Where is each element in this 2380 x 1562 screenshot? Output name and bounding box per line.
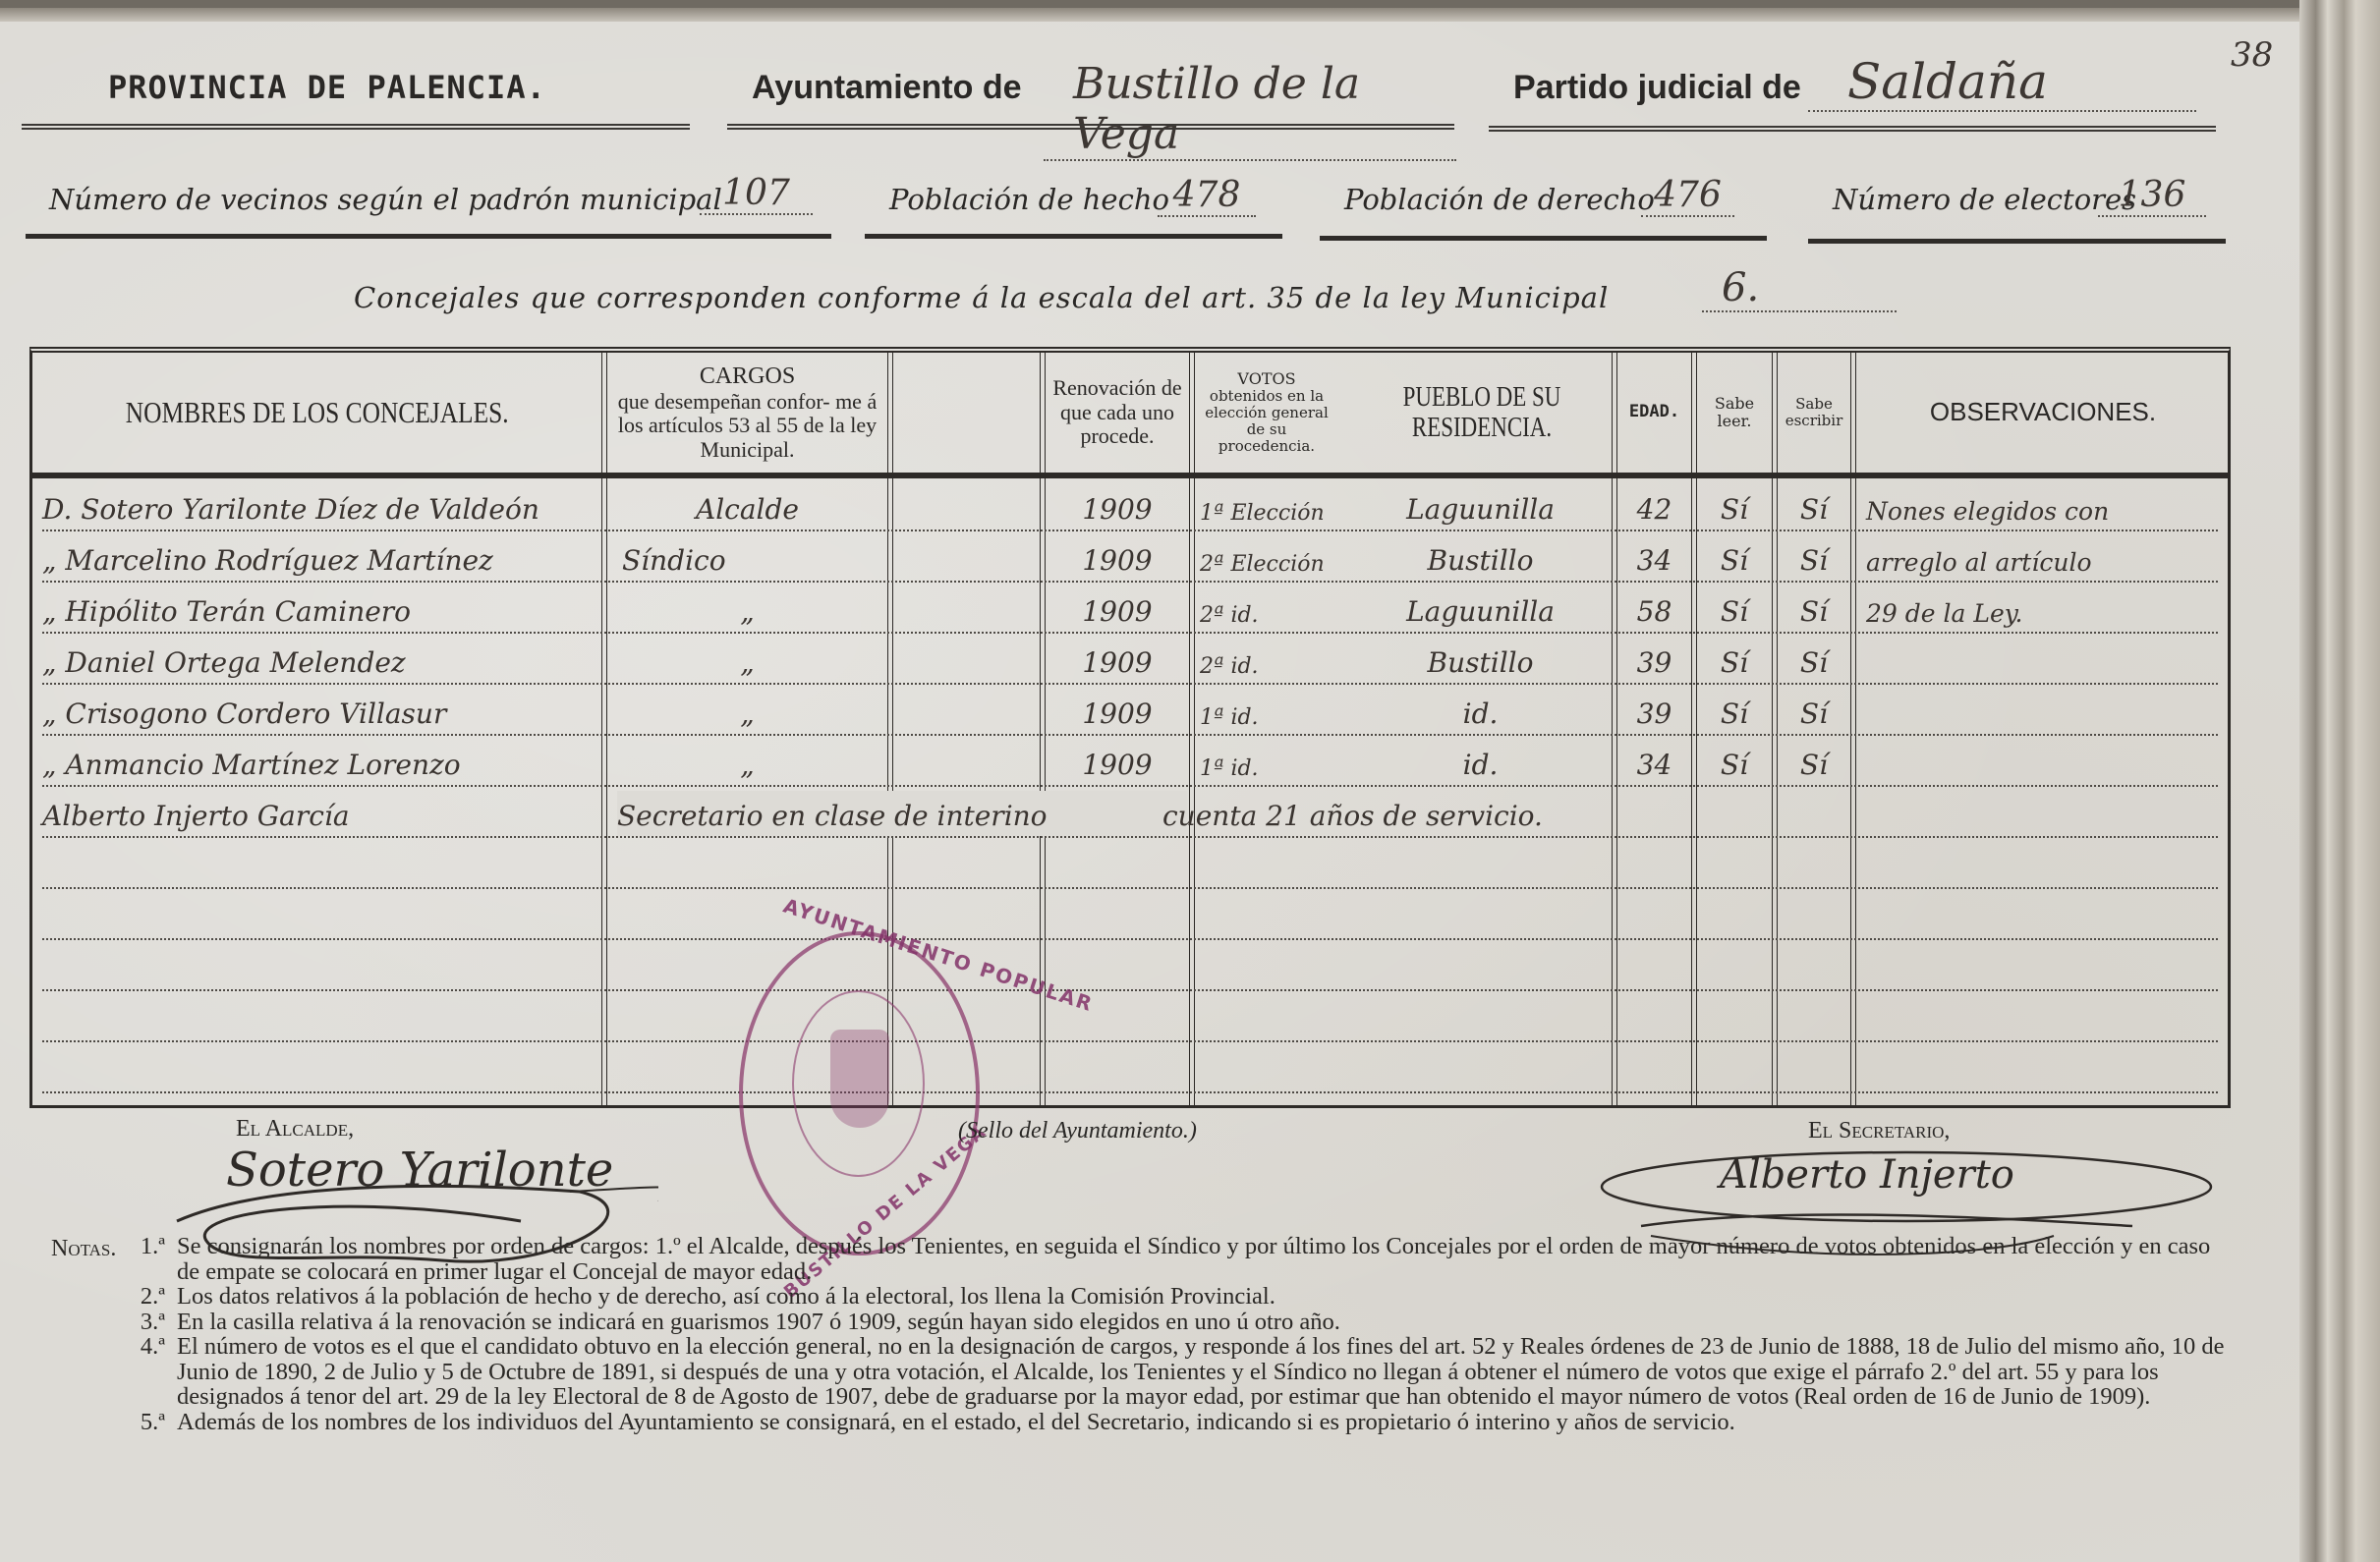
note-number: 1.ª	[98, 1234, 177, 1284]
leer-text: Sabe leer.	[1711, 395, 1758, 430]
electores-value: 136	[2098, 175, 2206, 217]
note-text: El número de votos es el que el candidat…	[177, 1334, 2231, 1410]
provincia-title: PROVINCIA DE PALENCIA.	[108, 69, 546, 106]
col-header-pueblo: PUEBLO DE SU RESIDENCIA.	[1195, 353, 1612, 473]
cargos-title: CARGOS	[700, 363, 795, 390]
cell-renovacion: 1909	[1046, 689, 1189, 734]
note-text: Se consignarán los nombres por orden de …	[177, 1234, 2231, 1284]
cell-leer: Sí	[1697, 689, 1772, 734]
alcalde-label: El Alcalde,	[236, 1116, 354, 1143]
cell-votos: 1ª id.	[1200, 689, 1343, 734]
cell-votos: 2ª Elección	[1200, 535, 1343, 581]
vecinos-label: Número de vecinos según el padrón munici…	[49, 183, 722, 216]
book-page-edge	[2299, 0, 2380, 1562]
stats-divider	[1320, 236, 1767, 241]
cell-observaciones	[1866, 740, 2225, 785]
cell-renovacion: 1909	[1046, 586, 1189, 632]
note-text: En la casilla relativa á la renovación s…	[177, 1310, 2231, 1335]
observaciones-text: OBSERVACIONES.	[1930, 398, 2156, 426]
cell-observaciones	[1866, 689, 2225, 734]
escribir-text: Sabe escribir	[1784, 396, 1844, 429]
col-header-leer: Sabe leer.	[1697, 353, 1772, 473]
cell-edad: 39	[1617, 689, 1691, 734]
cell-nombre: „ Anmancio Martínez Lorenzo	[42, 740, 597, 785]
header-divider	[22, 124, 690, 130]
row-rule	[42, 581, 2218, 583]
note-item: 4.ª El número de votos es el que el cand…	[98, 1334, 2231, 1410]
col-header-escribir: Sabe escribir	[1778, 353, 1850, 473]
cell-votos: 1ª Elección	[1200, 484, 1343, 530]
cell-pueblo: id.	[1349, 740, 1612, 785]
cell-nombre: „ Marcelino Rodríguez Martínez	[42, 535, 597, 581]
col-header-nombres-text: NOMBRES DE LOS CONCEJALES.	[126, 396, 509, 430]
row-rule	[42, 989, 2218, 991]
cell-cargo: „	[607, 740, 887, 785]
cell-votos: 2ª id.	[1200, 638, 1343, 683]
cell-cargo: „	[607, 638, 887, 683]
cell-pueblo: cuenta 21 años de servicio.	[1162, 791, 1605, 836]
concejales-value: 6.	[1702, 265, 1897, 312]
poblacion-hecho-value: 478	[1158, 175, 1256, 217]
cell-leer: Sí	[1697, 586, 1772, 632]
cell-escribir: Sí	[1778, 740, 1850, 785]
cell-pueblo: Laguunilla	[1349, 484, 1612, 530]
cell-edad: 58	[1617, 586, 1691, 632]
cell-renovacion: 1909	[1046, 740, 1189, 785]
pueblo-text: PUEBLO DE SU RESIDENCIA.	[1376, 382, 1588, 444]
edad-text: EDAD.	[1629, 403, 1679, 421]
cell-cargo: Secretario en clase de interino	[617, 791, 1187, 836]
note-text: Además de los nombres de los individuos …	[177, 1410, 2231, 1435]
note-number: 2.ª	[98, 1284, 177, 1310]
note-item: 1.ª Se consignarán los nombres por orden…	[98, 1234, 2231, 1284]
cell-edad: 34	[1617, 740, 1691, 785]
stamp-emblem-icon	[830, 1030, 889, 1128]
cell-pueblo: Bustillo	[1349, 535, 1612, 581]
cell-votos: 1ª id.	[1200, 740, 1343, 785]
cell-renovacion: 1909	[1046, 535, 1189, 581]
cargos-subtitle: que desempeñan confor- me á los artículo…	[615, 390, 880, 463]
header-divider	[1489, 126, 2216, 132]
row-rule	[42, 632, 2218, 634]
cell-pueblo: id.	[1349, 689, 1612, 734]
stats-divider	[1808, 239, 2226, 244]
cell-observaciones: Nones elegidos con	[1866, 484, 2225, 530]
cell-escribir: Sí	[1778, 586, 1850, 632]
folio-number: 38	[2231, 35, 2273, 75]
sello-label: (Sello del Ayuntamiento.)	[958, 1118, 1197, 1144]
partido-value: Saldaña	[1808, 53, 2196, 112]
cell-leer: Sí	[1697, 535, 1772, 581]
note-number: 3.ª	[98, 1310, 177, 1335]
row-rule	[42, 1040, 2218, 1042]
electores-label: Número de electores	[1833, 183, 2136, 216]
cell-renovacion: 1909	[1046, 638, 1189, 683]
note-number: 4.ª	[98, 1334, 177, 1410]
cell-pueblo: Bustillo	[1349, 638, 1612, 683]
vecinos-value: 107	[700, 173, 813, 215]
cell-cargo: „	[607, 586, 887, 632]
cell-escribir: Sí	[1778, 689, 1850, 734]
header-divider	[727, 124, 1454, 130]
cell-leer: Sí	[1697, 484, 1772, 530]
row-rule	[42, 734, 2218, 736]
row-rule	[42, 1091, 2218, 1093]
poblacion-derecho-value: 476	[1641, 175, 1734, 217]
notes-list: 1.ª Se consignarán los nombres por orden…	[98, 1234, 2231, 1434]
row-rule	[42, 530, 2218, 531]
document-page: PROVINCIA DE PALENCIA. Ayuntamiento de B…	[0, 8, 2319, 1562]
cell-escribir: Sí	[1778, 535, 1850, 581]
cell-observaciones: 29 de la Ley.	[1866, 586, 2225, 632]
cell-cargo: Síndico	[622, 535, 887, 581]
cell-observaciones: arreglo al artículo	[1866, 535, 2225, 581]
cell-leer: Sí	[1697, 740, 1772, 785]
header-rule	[32, 473, 2228, 478]
row-rule	[42, 938, 2218, 940]
col-header-observaciones: OBSERVACIONES.	[1856, 353, 2230, 473]
ayuntamiento-label: Ayuntamiento de	[752, 69, 1022, 107]
page-top-edge	[0, 8, 2299, 22]
cell-renovacion: 1909	[1046, 484, 1189, 530]
col-header-renovacion: Renovación de que cada uno procede.	[1046, 353, 1189, 473]
col-header-cargos: CARGOS que desempeñan confor- me á los a…	[607, 353, 887, 473]
col-header-nombres: NOMBRES DE LOS CONCEJALES.	[32, 353, 601, 473]
note-item: 3.ª En la casilla relativa á la renovaci…	[98, 1310, 2231, 1335]
poblacion-derecho-label: Población de derecho	[1344, 183, 1655, 216]
cell-pueblo: Laguunilla	[1349, 586, 1612, 632]
row-rule	[42, 887, 2218, 889]
ayuntamiento-value: Bustillo de la Vega	[1044, 59, 1456, 161]
cell-edad: 34	[1617, 535, 1691, 581]
row-rule	[42, 683, 2218, 685]
cell-nombre: „ Hipólito Terán Caminero	[42, 586, 597, 632]
row-rule	[42, 785, 2218, 787]
concejales-label: Concejales que corresponden conforme á l…	[354, 281, 1609, 314]
note-item: 5.ª Además de los nombres de los individ…	[98, 1410, 2231, 1435]
poblacion-hecho-label: Población de hecho	[889, 183, 1169, 216]
col-header-edad: EDAD.	[1617, 353, 1691, 473]
cell-cargo: Alcalde	[607, 484, 887, 530]
partido-label: Partido judicial de	[1513, 69, 1801, 107]
renovacion-text: Renovación de que cada uno procede.	[1051, 376, 1183, 449]
row-rule	[42, 836, 2218, 838]
cell-leer: Sí	[1697, 638, 1772, 683]
note-item: 2.ª Los datos relativos á la población d…	[98, 1284, 2231, 1310]
cell-nombre: D. Sotero Yarilonte Díez de Valdeón	[42, 484, 597, 530]
concejales-table: NOMBRES DE LOS CONCEJALES. CARGOS que de…	[29, 347, 2231, 1108]
cell-edad: 42	[1617, 484, 1691, 530]
cell-escribir: Sí	[1778, 484, 1850, 530]
cell-nombre: „ Daniel Ortega Melendez	[42, 638, 597, 683]
cell-observaciones	[1866, 638, 2225, 683]
cell-nombre: „ Crisogono Cordero Villasur	[42, 689, 597, 734]
cell-cargo: „	[607, 689, 887, 734]
cell-escribir: Sí	[1778, 638, 1850, 683]
stats-divider	[865, 234, 1282, 239]
cell-votos: 2ª id.	[1200, 586, 1343, 632]
stats-divider	[26, 234, 831, 239]
cell-edad: 39	[1617, 638, 1691, 683]
cell-nombre: Alberto Injerto García	[42, 791, 597, 836]
note-text: Los datos relativos á la población de he…	[177, 1284, 2231, 1310]
note-number: 5.ª	[98, 1410, 177, 1435]
